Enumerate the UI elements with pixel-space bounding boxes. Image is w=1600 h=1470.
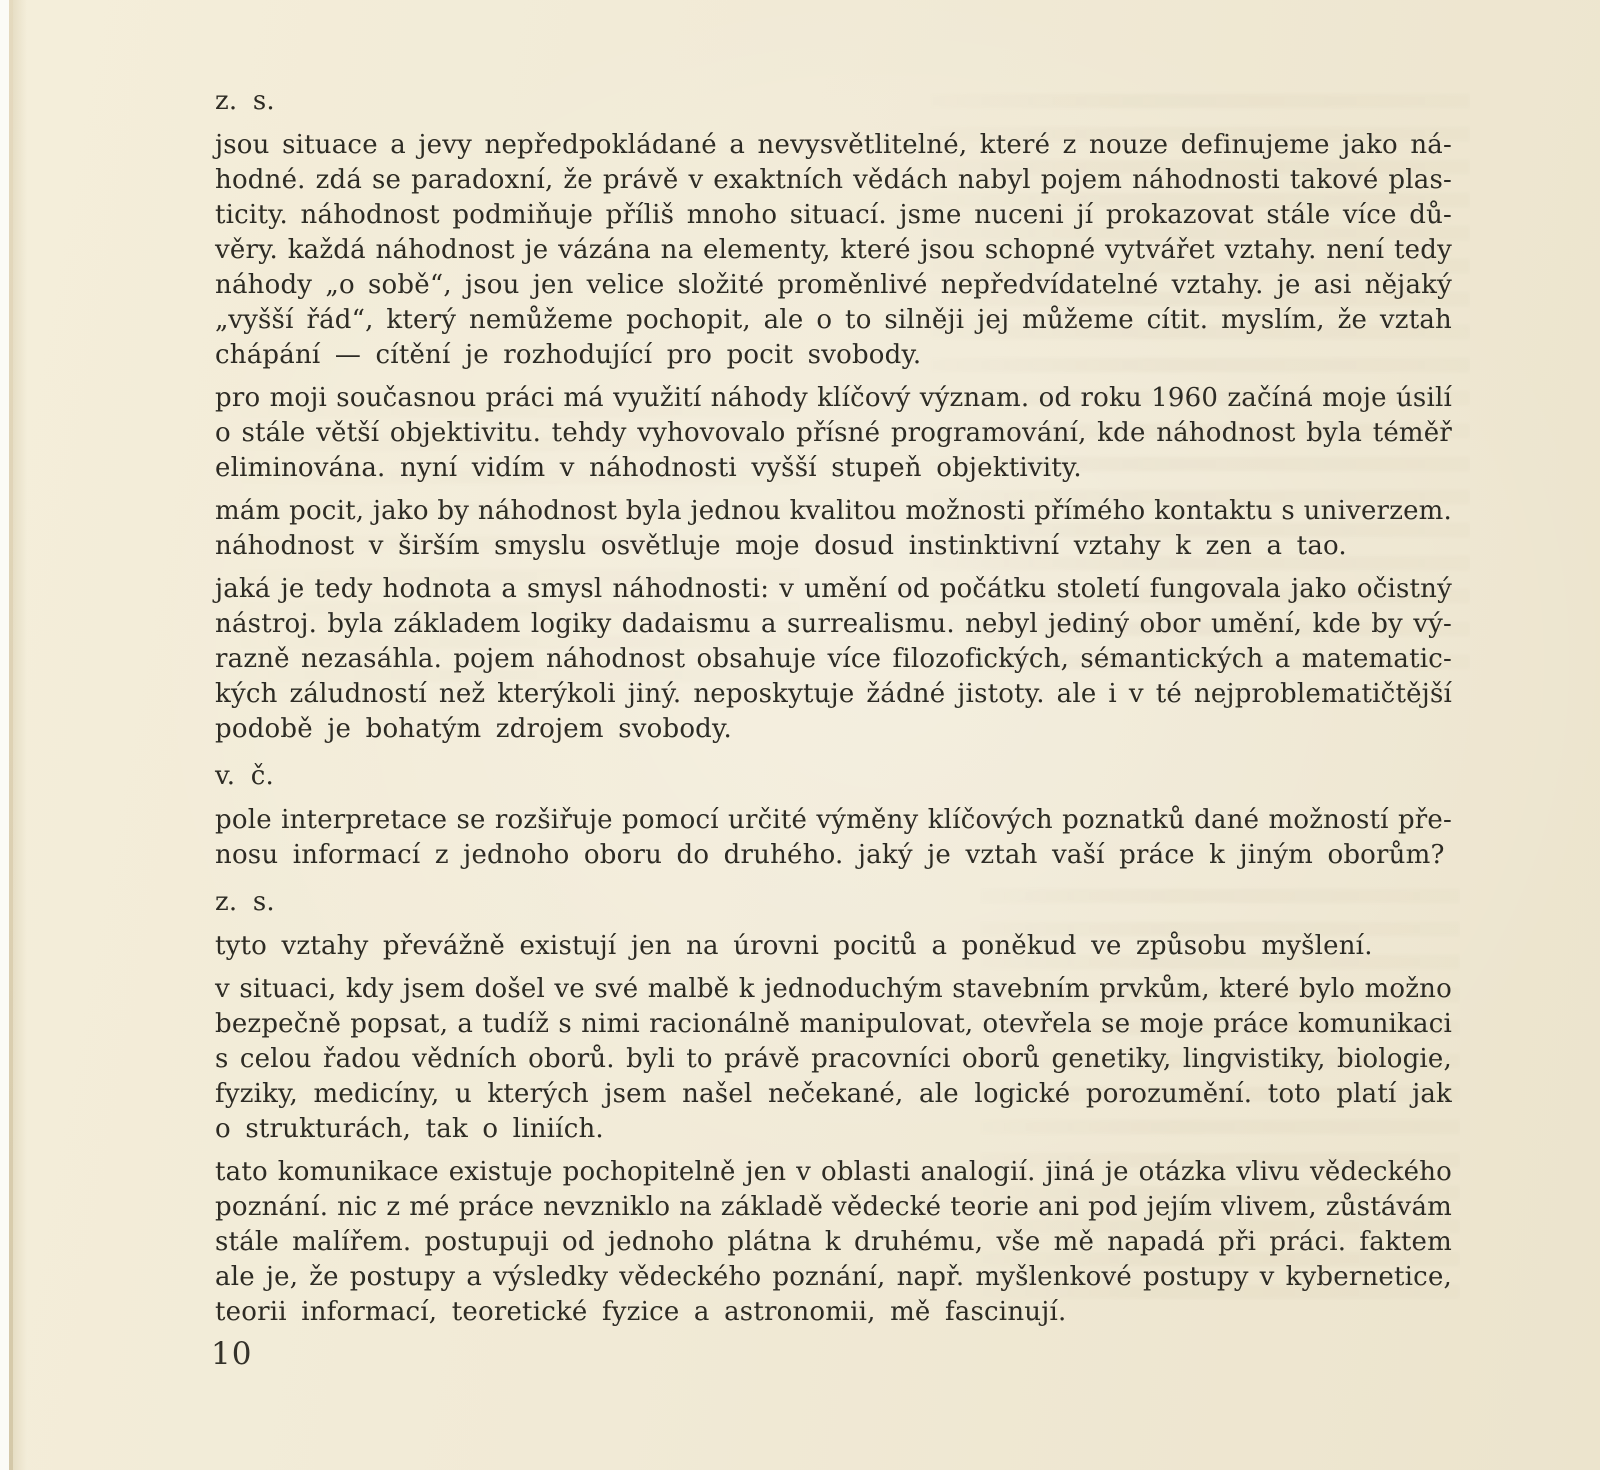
text-line: hodné. zdá se paradoxní, že právě v exak…: [215, 163, 1452, 198]
text-line: o stále větší objektivitu. tehdy vyhovov…: [215, 416, 1452, 451]
text-line: stále malířem. postupuji od jednoho plát…: [215, 1225, 1452, 1260]
text-line: teorii informací, teoretické fyzice a as…: [215, 1295, 1452, 1330]
text-line: v situaci, kdy jsem došel ve své malbě k…: [215, 972, 1452, 1007]
text-line: jsou situace a jevy nepředpokládané a ne…: [215, 128, 1452, 163]
paragraph: tato komunikace existuje pochopitelně je…: [215, 1155, 1452, 1330]
paragraph: v situaci, kdy jsem došel ve své malbě k…: [215, 972, 1452, 1147]
text-line: poznání. nic z mé práce nevzniklo na zák…: [215, 1190, 1452, 1225]
text-line: věry. každá náhodnost je vázána na eleme…: [215, 233, 1452, 268]
text-line: náhody „o sobě“, jsou jen velice složité…: [215, 268, 1452, 303]
text-line: bezpečně popsat, a tudíž s nimi racionál…: [215, 1007, 1452, 1042]
text-line: ticity. náhodnost podmiňuje příliš mnoho…: [215, 198, 1452, 233]
text-line: chápání — cítění je rozhodující pro poci…: [215, 338, 1452, 373]
text-line: podobě je bohatým zdrojem svobody.: [215, 712, 1452, 747]
paragraph: jsou situace a jevy nepředpokládané a ne…: [215, 128, 1452, 373]
text-line: ale je, že postupy a výsledky vědeckého …: [215, 1260, 1452, 1295]
page-edge-gradient: [13, 0, 27, 1470]
text-line: náhodnost v širším smyslu osvětluje moje…: [215, 529, 1452, 564]
text-line: kých záludností než kterýkoli jiný. nepo…: [215, 677, 1452, 712]
text-line: pole interpretace se rozšiřuje pomocí ur…: [215, 803, 1452, 838]
paragraph: tyto vztahy převážně existují jen na úro…: [215, 929, 1452, 964]
paragraph: jaká je tedy hodnota a smysl náhodnosti:…: [215, 572, 1452, 747]
scanned-book-page: z. s.jsou situace a jevy nepředpokládané…: [0, 0, 1600, 1470]
text-line: s celou řadou vědních oborů. byli to prá…: [215, 1042, 1452, 1077]
text-line: mám pocit, jako by náhodnost byla jednou…: [215, 494, 1452, 529]
text-line: nástroj. byla základem logiky dadaismu a…: [215, 607, 1452, 642]
text-line: fyziky, medicíny, u kterých jsem našel n…: [215, 1077, 1452, 1112]
page-text-block: z. s.jsou situace a jevy nepředpokládané…: [215, 84, 1452, 1330]
speaker-label: z. s.: [215, 84, 1452, 119]
paragraph: pole interpretace se rozšiřuje pomocí ur…: [215, 803, 1452, 873]
text-line: tato komunikace existuje pochopitelně je…: [215, 1155, 1452, 1190]
text-line: nosu informací z jednoho oboru do druhéh…: [215, 838, 1452, 873]
text-line: tyto vztahy převážně existují jen na úro…: [215, 929, 1452, 964]
text-line: o strukturách, tak o liniích.: [215, 1112, 1452, 1147]
text-line: „vyšší řád“, který nemůžeme pochopit, al…: [215, 303, 1452, 338]
page-number: 10: [211, 1336, 252, 1372]
text-line: eliminována. nyní vidím v náhodnosti vyš…: [215, 451, 1452, 486]
paragraph: pro moji současnou práci má využití náho…: [215, 381, 1452, 486]
scan-left-edge: [0, 0, 9, 1470]
text-line: pro moji současnou práci má využití náho…: [215, 381, 1452, 416]
text-line: razně nezasáhla. pojem náhodnost obsahuj…: [215, 642, 1452, 677]
speaker-label: v. č.: [215, 759, 1452, 794]
paragraph: mám pocit, jako by náhodnost byla jednou…: [215, 494, 1452, 564]
text-line: jaká je tedy hodnota a smysl náhodnosti:…: [215, 572, 1452, 607]
speaker-label: z. s.: [215, 885, 1452, 920]
